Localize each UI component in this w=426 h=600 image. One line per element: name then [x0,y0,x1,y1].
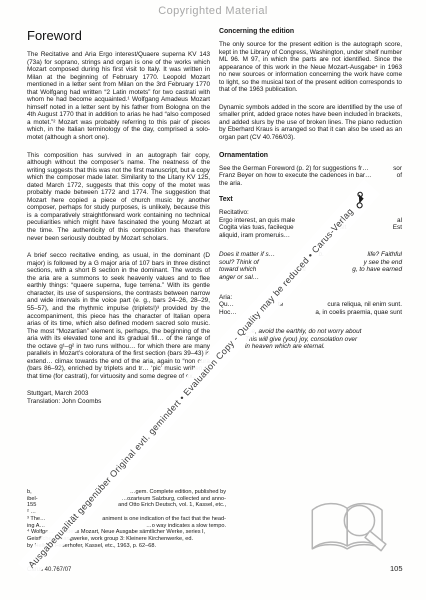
scanned-foreword-page: { "page": { "copyright_notice": "Copyrig… [0,0,426,600]
carus-verlag-logo-icon [350,189,371,210]
aria-label: Aria: [219,294,402,302]
aria-english: …e, avoid the earthly, do not worry abou… [245,328,402,351]
text-line: Franz Beyer on how to execute the cadenc… [219,172,402,180]
text-line: the aria. [219,180,402,188]
text-line: in heaven which are eternal. [245,343,402,351]
paragraph: Dynamic symbols added in the score are i… [219,104,402,142]
copyright-notice: Copyrighted Material [0,5,426,17]
text-line: anger or sal… [219,274,402,282]
text-line: b,…gem. Complete edition, published by [27,489,226,496]
paragraph: The Recitative and Aria Ergo interest/Qu… [27,51,210,142]
paragraph: This composition has survived in an auto… [27,152,210,243]
paragraph: A brief secco recitative ending, as usua… [27,252,210,380]
text-line: ibel-…ozarteum Salzburg, collected and a… [27,496,226,503]
text-line: See the German Foreword (p. 2) for sugge… [219,165,402,173]
edition-section-title: Concerning the edition [219,28,402,35]
ornamentation-text: See the German Foreword (p. 2) for sugge… [219,165,402,188]
recitativo-label: Recitativo: [219,209,402,217]
text-line: …e, avoid the earthly, do not worry abou… [245,328,402,336]
paragraph: The only source for the present edition … [219,41,402,94]
ornamentation-section-title: Ornamentation [219,152,402,159]
book-magnifier-stamp-icon [302,497,398,563]
edition-paragraphs: The only source for the present edition … [219,41,402,142]
left-column: Foreword The Recitative and Aria Ergo in… [27,28,210,406]
page-title: Foreword [27,28,210,43]
page-number: 105 [390,564,403,573]
recitative-latin: Ergo interest, an quis malealCogita vias… [219,217,402,240]
text-line: ² … [27,509,226,516]
text-line: Qu…tecura reliqua, nil enim sunt. [219,301,402,309]
text-line: 155and Otto Erich Deutsch, vol. 1, Kasse… [27,502,226,509]
text-line: Cogita vias tuas, facilequesitEst [219,224,402,232]
text-line: Ergo interest, an quis maleal [219,217,402,225]
foreword-paragraphs: The Recitative and Aria Ergo interest/Qu… [27,51,210,380]
text-line: This will give (you) joy, consolation ov… [245,336,402,344]
